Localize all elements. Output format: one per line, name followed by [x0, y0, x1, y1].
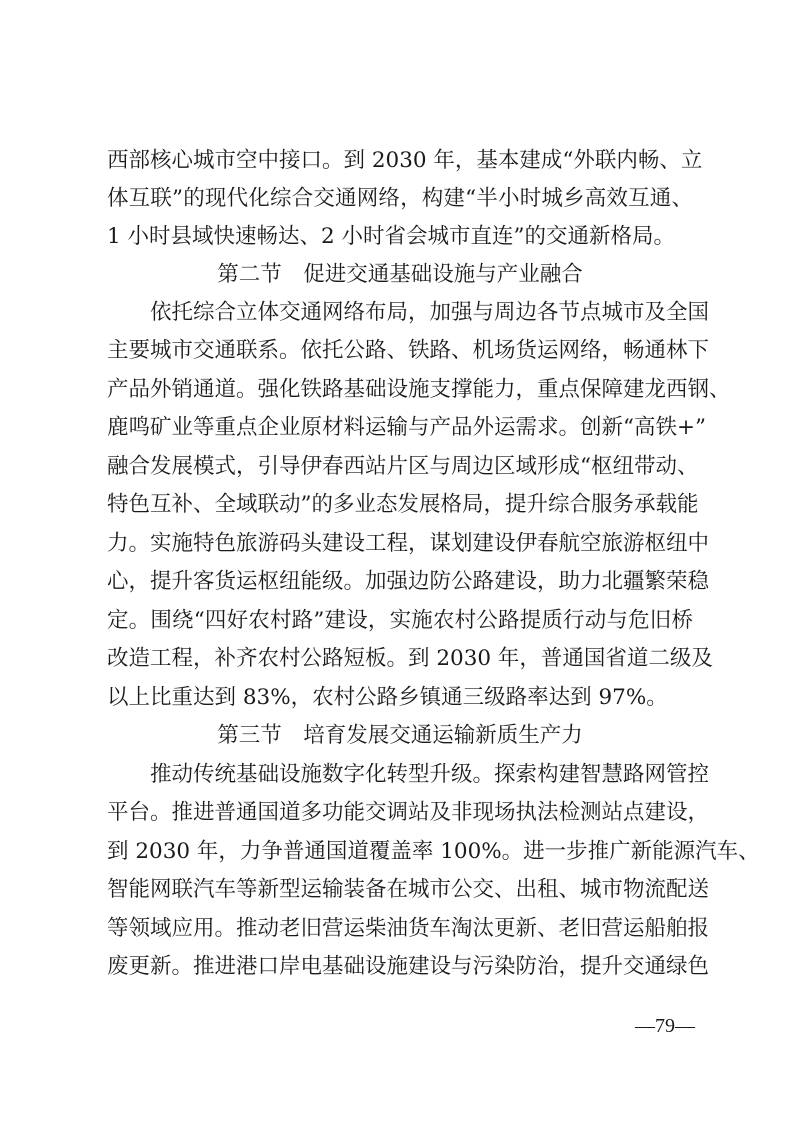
paragraph-line: 心，提升客货运枢纽能级。加强边防公路建设，助力北疆繁荣稳 [107, 563, 693, 601]
paragraph-line: 1 小时县域快速畅达、2 小时省会城市直连”的交通新格局。 [107, 218, 693, 256]
paragraph-line: 力。实施特色旅游码头建设工程，谋划建设伊春航空旅游枢纽中 [107, 525, 693, 563]
paragraph-line: 依托综合立体交通网络布局，加强与周边各节点城市及全国 [107, 294, 693, 332]
paragraph-line: 平台。推进普通国道多功能交调站及非现场执法检测站点建设， [107, 794, 693, 832]
paragraph-line: 智能网联汽车等新型运输装备在城市公交、出租、城市物流配送 [107, 871, 693, 909]
paragraph-line: 改造工程，补齐农村公路短板。到 2030 年，普通国省道二级及 [107, 640, 693, 678]
section-heading: 第二节 促进交通基础设施与产业融合 [107, 256, 693, 294]
paragraph-line: 主要城市交通联系。依托公路、铁路、机场货运网络，畅通林下 [107, 332, 693, 370]
paragraph-line: 西部核心城市空中接口。到 2030 年，基本建成“外联内畅、立 [107, 142, 693, 180]
paragraph-line: 特色互补、全域联动”的多业态发展格局，提升综合服务承载能 [107, 486, 693, 524]
paragraph-line: 到 2030 年，力争普通国道覆盖率 100%。进一步推广新能源汽车、 [107, 833, 693, 871]
paragraph-line: 鹿鸣矿业等重点企业原材料运输与产品外运需求。创新“高铁+” [107, 409, 693, 447]
document-page: 西部核心城市空中接口。到 2030 年，基本建成“外联内畅、立 体互联”的现代化… [0, 0, 793, 1122]
section-heading: 第三节 培育发展交通运输新质生产力 [107, 717, 693, 755]
paragraph-line: 推动传统基础设施数字化转型升级。探索构建智慧路网管控 [107, 756, 693, 794]
paragraph-line: 产品外销通道。强化铁路基础设施支撑能力，重点保障建龙西钢、 [107, 371, 693, 409]
paragraph-line: 体互联”的现代化综合交通网络，构建“半小时城乡高效互通、 [107, 180, 693, 218]
paragraph-line: 以上比重达到 83%，农村公路乡镇通三级路率达到 97%。 [107, 679, 693, 717]
paragraph-line: 融合发展模式，引导伊春西站片区与周边区域形成“枢纽带动、 [107, 448, 693, 486]
paragraph-line: 等领域应用。推动老旧营运柴油货车淘汰更新、老旧营运船舶报 [107, 910, 693, 948]
paragraph-line: 定。围绕“四好农村路”建设，实施农村公路提质行动与危旧桥 [107, 602, 693, 640]
paragraph-line: 废更新。推进港口岸电基础设施建设与污染防治，提升交通绿色 [107, 948, 693, 986]
page-number: —79— [630, 1012, 700, 1040]
